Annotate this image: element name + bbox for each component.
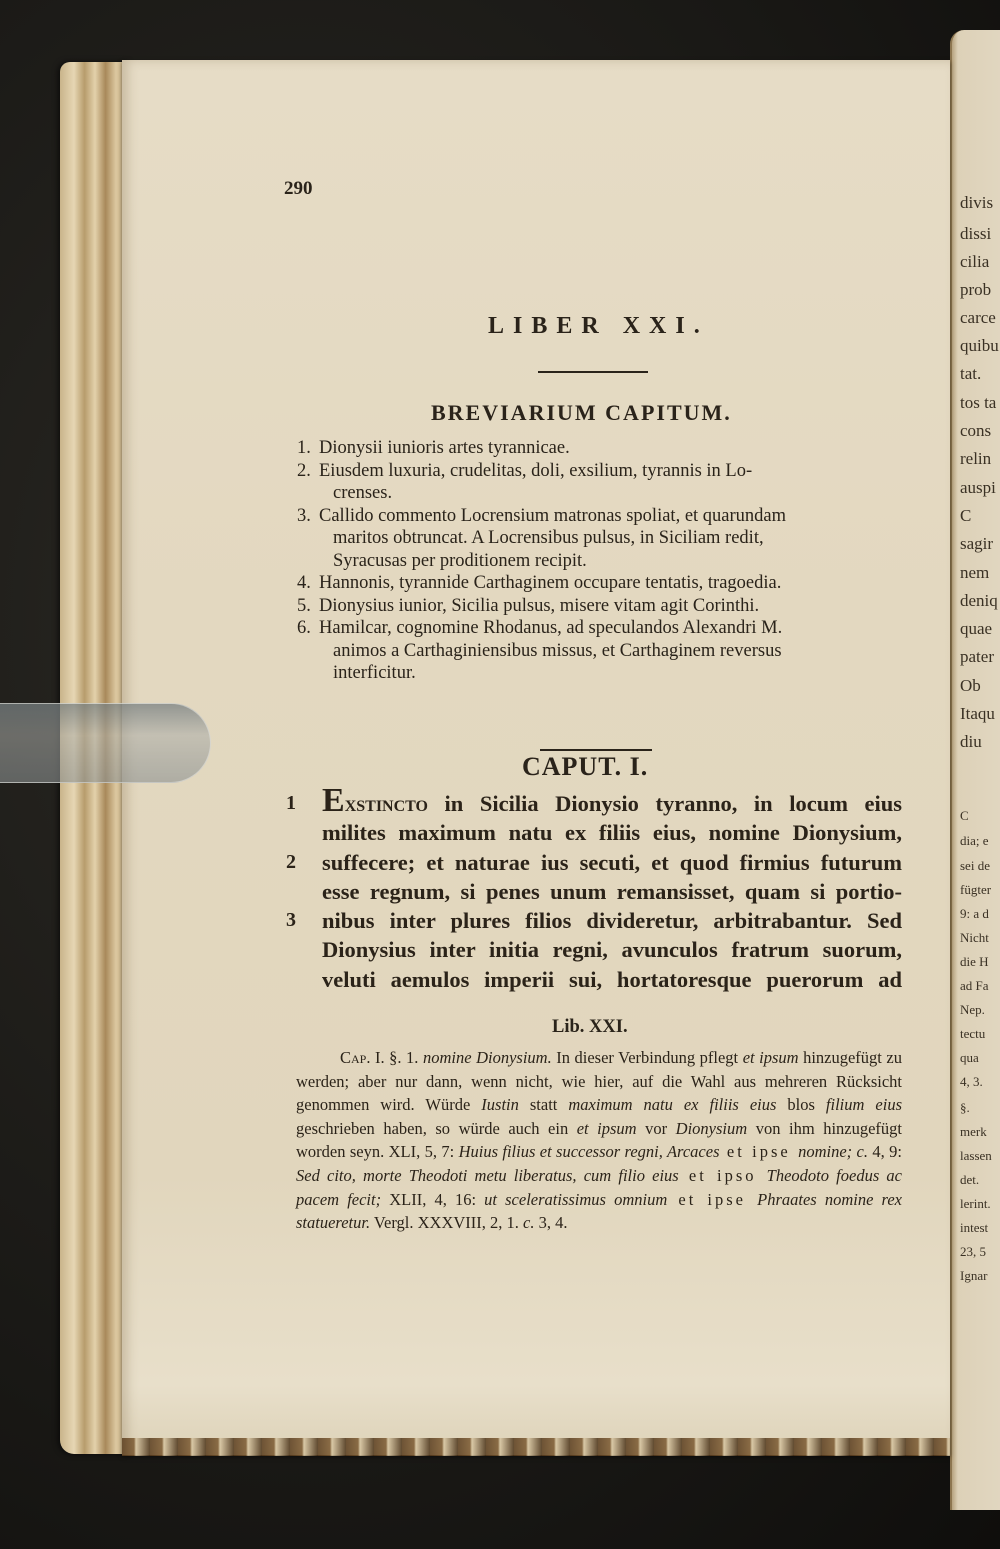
summary-item-number: 1.: [297, 437, 319, 460]
drop-cap: E: [322, 782, 345, 819]
text-line: Dionysius inter initia regni, avunculos …: [286, 935, 902, 964]
divider-rule: [538, 371, 648, 373]
summary-line: Callido commento Locrensium matronas spo…: [319, 505, 901, 528]
verse-number: [286, 877, 322, 906]
note-segment: et ipsum: [577, 1119, 637, 1138]
note-segment: vor: [637, 1119, 676, 1138]
note-segment: et ipse: [720, 1142, 799, 1161]
note-segment: maximum natu ex filiis eius: [568, 1095, 776, 1114]
note-segment: Cap. I. §. 1.: [340, 1048, 423, 1067]
footnotes-commentary: Cap. I. §. 1. nomine Dionysium. In diese…: [296, 1046, 902, 1235]
divider-rule: [540, 749, 652, 751]
summary-item-text: Callido commento Locrensium matronas spo…: [319, 505, 901, 573]
line-text: milites maximum natu ex filiis eius, nom…: [322, 818, 902, 847]
note-segment: et ipso: [679, 1166, 767, 1185]
note-segment: In dieser Verbindung pflegt: [552, 1048, 743, 1067]
summary-heading: BREVIARIUM CAPITUM.: [431, 400, 732, 426]
note-segment: nomine; c.: [798, 1142, 868, 1161]
summary-line: Eiusdem luxuria, crudelitas, doli, exsil…: [319, 460, 901, 483]
summary-line: animos a Carthaginiensibus missus, et Ca…: [319, 640, 901, 663]
summary-item: 6.Hamilcar, cognomine Rhodanus, ad specu…: [297, 617, 901, 685]
chapter-body-text: 1Exstincto in Sicilia Dionysio tyranno, …: [286, 789, 902, 994]
verse-number: [286, 935, 322, 964]
note-segment: 4, 9:: [868, 1142, 902, 1161]
summary-item-text: Hannonis, tyrannide Carthaginem occupare…: [319, 572, 901, 595]
summary-item-number: 3.: [297, 505, 319, 573]
summary-line: maritos obtruncat. A Locrensibus pulsus,…: [319, 527, 901, 550]
summary-line: crenses.: [319, 482, 901, 505]
summary-item: 2.Eiusdem luxuria, crudelitas, doli, exs…: [297, 460, 901, 505]
summary-line: Dionysii iunioris artes tyrannicae.: [319, 437, 901, 460]
note-segment: filium eius: [826, 1095, 902, 1114]
summary-line: interficitur.: [319, 662, 901, 685]
summary-item-text: Eiusdem luxuria, crudelitas, doli, exsil…: [319, 460, 901, 505]
page-content: 290 LIBER XXI. BREVIARIUM CAPITUM. 1.Dio…: [0, 0, 1000, 1549]
text-line: 3nibus inter plures filios divideretur, …: [286, 906, 902, 935]
summary-item: 1.Dionysii iunioris artes tyrannicae.: [297, 437, 901, 460]
note-segment: Vergl. XXXVIII, 2, 1.: [370, 1213, 523, 1232]
first-word-smallcaps: xstincto: [345, 791, 428, 816]
summary-item-number: 6.: [297, 617, 319, 685]
line-text: Dionysius inter initia regni, avunculos …: [322, 935, 902, 964]
line-text: Exstincto in Sicilia Dionysio tyranno, i…: [322, 789, 902, 818]
summary-item-text: Hamilcar, cognomine Rhodanus, ad specula…: [319, 617, 901, 685]
summary-item: 4.Hannonis, tyrannide Carthaginem occupa…: [297, 572, 901, 595]
note-segment: 3, 4.: [534, 1213, 567, 1232]
summary-item-text: Dionysius iunior, Sicilia pulsus, misere…: [319, 595, 901, 618]
summary-line: Hamilcar, cognomine Rhodanus, ad specula…: [319, 617, 901, 640]
verse-number: [286, 818, 322, 847]
note-segment: ut sceleratissimus omnium: [484, 1190, 667, 1209]
chapter-summary-list: 1.Dionysii iunioris artes tyrannicae.2.E…: [297, 437, 901, 685]
text-line: veluti aemulos imperii sui, hortatoresqu…: [286, 965, 902, 994]
note-segment: Iustin: [481, 1095, 519, 1114]
note-segment: Sed cito, morte Theodoti metu liberatus,…: [296, 1166, 679, 1185]
note-segment: et ipse: [667, 1190, 757, 1209]
book-title: LIBER XXI.: [488, 313, 709, 340]
summary-line: Dionysius iunior, Sicilia pulsus, misere…: [319, 595, 901, 618]
summary-item: 3.Callido commento Locrensium matronas s…: [297, 505, 901, 573]
chapter-title: CAPUT. I.: [522, 752, 648, 782]
verse-number: 1: [286, 789, 322, 818]
verse-number: 2: [286, 848, 322, 877]
line-text: nibus inter plures filios divideretur, a…: [322, 906, 902, 935]
summary-item-number: 4.: [297, 572, 319, 595]
note-segment: et ipsum: [743, 1048, 799, 1067]
note-segment: XLII, 4, 16:: [381, 1190, 484, 1209]
note-segment: geschrieben haben, so würde auch ein: [296, 1119, 577, 1138]
note-segment: c.: [523, 1213, 534, 1232]
note-segment: statt: [519, 1095, 569, 1114]
notes-heading: Lib. XXI.: [552, 1017, 628, 1038]
text-line: 1Exstincto in Sicilia Dionysio tyranno, …: [286, 789, 902, 818]
note-segment: blos: [776, 1095, 826, 1114]
text-line: esse regnum, si penes unum remansisset, …: [286, 877, 902, 906]
note-segment: nomine Dionysium.: [423, 1048, 552, 1067]
summary-item-number: 5.: [297, 595, 319, 618]
note-segment: Dionysium: [676, 1119, 748, 1138]
text-line: 2suffecere; et naturae ius secuti, et qu…: [286, 848, 902, 877]
summary-item-text: Dionysii iunioris artes tyrannicae.: [319, 437, 901, 460]
verse-number: [286, 965, 322, 994]
line-text: esse regnum, si penes unum remansisset, …: [322, 877, 902, 906]
line-text: veluti aemulos imperii sui, hortatoresqu…: [322, 965, 902, 994]
text-line: milites maximum natu ex filiis eius, nom…: [286, 818, 902, 847]
summary-item-number: 2.: [297, 460, 319, 505]
page-number: 290: [284, 178, 313, 200]
commentary-paragraph: Cap. I. §. 1. nomine Dionysium. In diese…: [296, 1046, 902, 1235]
verse-number: 3: [286, 906, 322, 935]
summary-line: Hannonis, tyrannide Carthaginem occupare…: [319, 572, 901, 595]
line-text: suffecere; et naturae ius secuti, et quo…: [322, 848, 902, 877]
summary-item: 5.Dionysius iunior, Sicilia pulsus, mise…: [297, 595, 901, 618]
summary-line: Syracusas per proditionem recipit.: [319, 550, 901, 573]
note-segment: Huius filius et successor regni, Arcaces: [459, 1142, 720, 1161]
